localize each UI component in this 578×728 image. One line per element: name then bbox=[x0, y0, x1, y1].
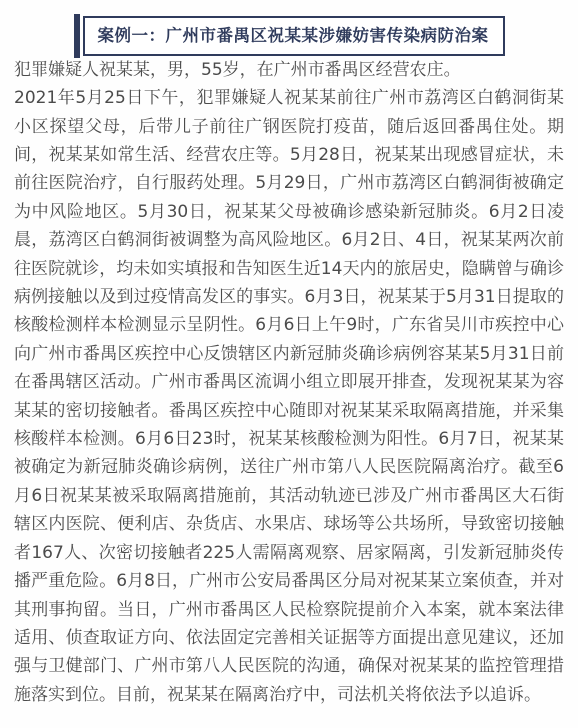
case-title: 案例一：广州市番禺区祝某某涉嫌妨害传染病防治案 bbox=[98, 26, 489, 45]
suspect-intro-paragraph: 犯罪嫌疑人祝某某，男，55岁，在广州市番禺区经营农庄。 bbox=[14, 56, 564, 84]
case-title-header: 案例一：广州市番禺区祝某某涉嫌妨害传染病防治案 bbox=[0, 0, 578, 56]
case-detail-paragraph: 2021年5月25日下午，犯罪嫌疑人祝某某前往广州市荔湾区白鹤洞街某小区探望父母… bbox=[14, 84, 564, 709]
case-title-box: 案例一：广州市番禺区祝某某涉嫌妨害传染病防治案 bbox=[83, 16, 505, 56]
article-body: 犯罪嫌疑人祝某某，男，55岁，在广州市番禺区经营农庄。 2021年5月25日下午… bbox=[0, 56, 578, 709]
title-accent-bar bbox=[74, 14, 80, 58]
article-page: 案例一：广州市番禺区祝某某涉嫌妨害传染病防治案 犯罪嫌疑人祝某某，男，55岁，在… bbox=[0, 0, 578, 728]
